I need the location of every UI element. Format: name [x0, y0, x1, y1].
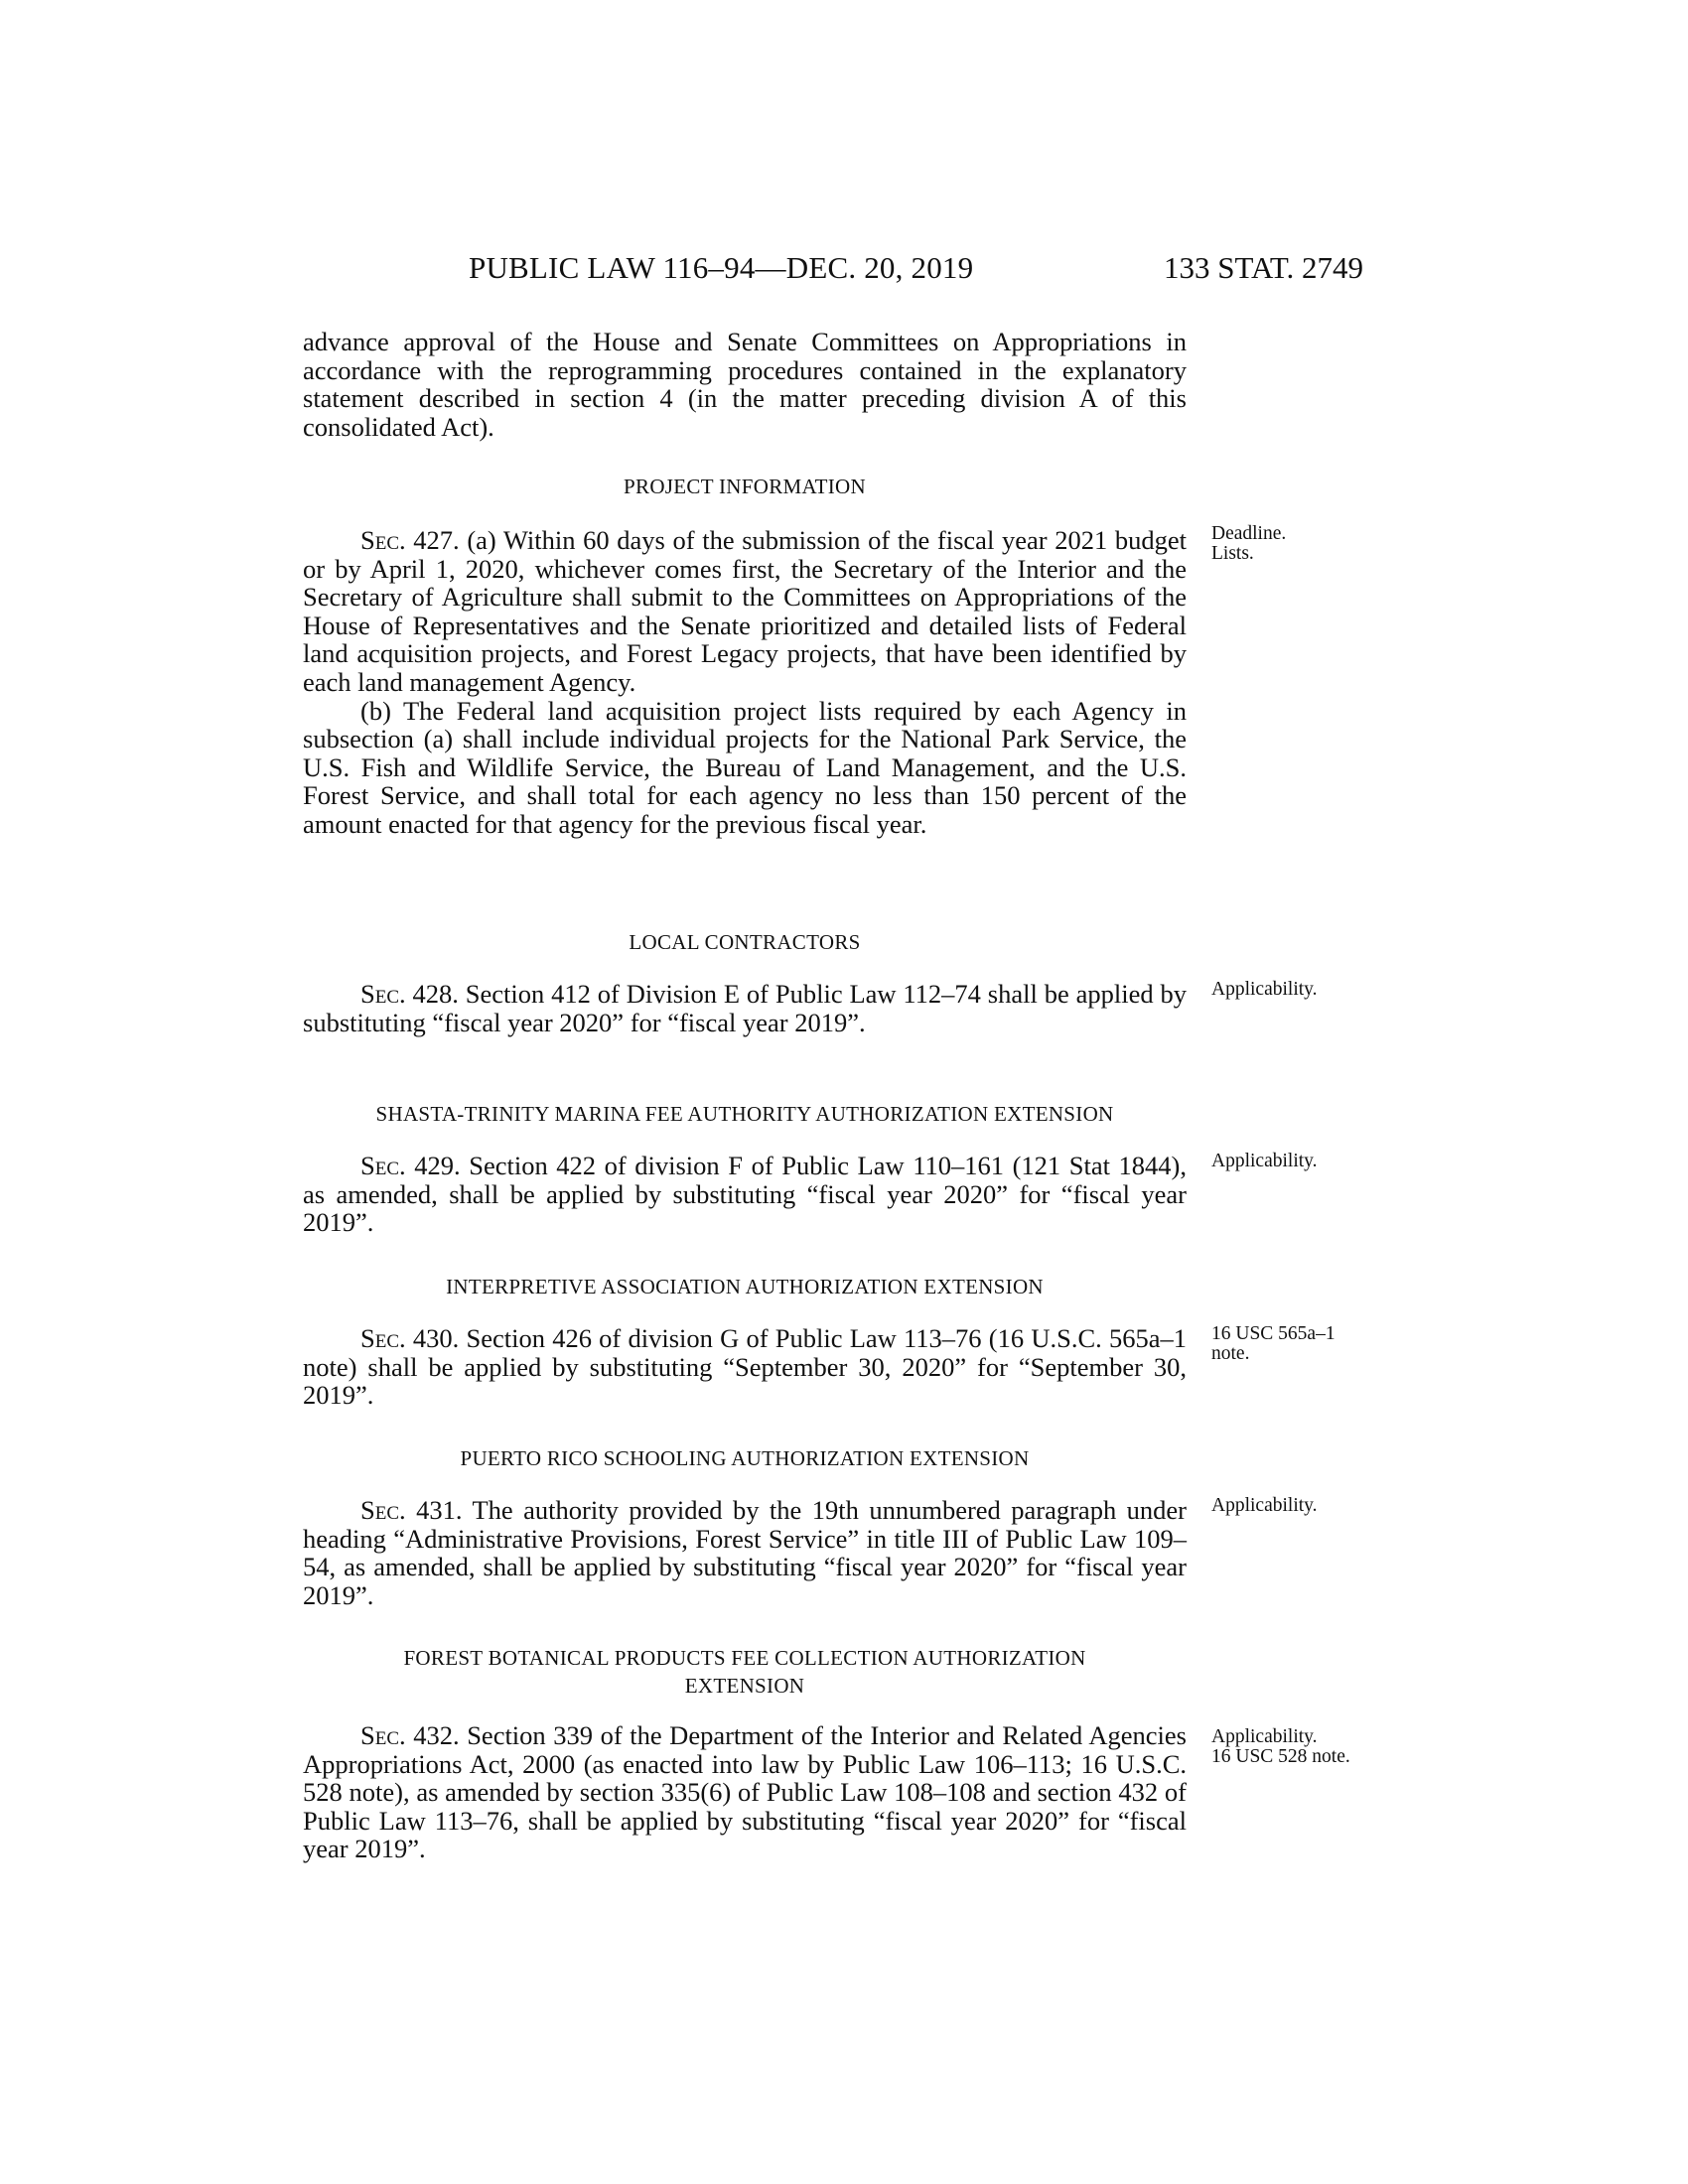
margin-note-line: Applicability. — [1211, 1496, 1318, 1516]
margin-note: Applicability. — [1211, 1496, 1318, 1516]
section-paragraph: Sec. 427. (a) Within 60 days of the subm… — [303, 526, 1187, 697]
section-428: LOCAL CONTRACTORS Sec. 428. Section 412 … — [303, 928, 1187, 1036]
section-heading: LOCAL CONTRACTORS — [303, 928, 1187, 956]
section-431: PUERTO RICO SCHOOLING AUTHORIZATION EXTE… — [303, 1444, 1187, 1609]
margin-note-line: Applicability. — [1211, 980, 1318, 1000]
section-heading: PUERTO RICO SCHOOLING AUTHORIZATION EXTE… — [303, 1444, 1187, 1472]
margin-note: 16 USC 565a–1 note. — [1211, 1324, 1336, 1364]
intro-paragraph-block: advance approval of the House and Senate… — [303, 328, 1187, 441]
section-427: PROJECT INFORMATION Sec. 427. (a) Within… — [303, 473, 1187, 839]
section-paragraph: Sec. 430. Section 426 of division G of P… — [303, 1324, 1187, 1410]
section-label: Sec. 427. — [360, 525, 460, 555]
section-label: Sec. 431. — [360, 1495, 462, 1525]
section-432: FOREST BOTANICAL PRODUCTS FEE COLLECTION… — [303, 1644, 1187, 1863]
section-paragraph: Sec. 431. The authority provided by the … — [303, 1496, 1187, 1609]
section-paragraph: Sec. 432. Section 339 of the Department … — [303, 1721, 1187, 1863]
section-heading: INTERPRETIVE ASSOCIATION AUTHORIZATION E… — [303, 1273, 1187, 1300]
margin-note-line: note. — [1211, 1344, 1336, 1364]
law-title: PUBLIC LAW 116–94—DEC. 20, 2019 — [469, 250, 973, 286]
margin-note: Applicability. — [1211, 1152, 1318, 1171]
margin-note-line: Applicability. — [1211, 1152, 1318, 1171]
section-paragraph: Sec. 428. Section 412 of Division E of P… — [303, 980, 1187, 1036]
section-label: Sec. 430. — [360, 1323, 459, 1353]
margin-note-line: Applicability. — [1211, 1727, 1350, 1747]
section-label: Sec. 428. — [360, 979, 459, 1009]
margin-note-line: Deadline. — [1211, 524, 1286, 544]
section-heading: PROJECT INFORMATION — [303, 473, 1187, 500]
section-429: SHASTA-TRINITY MARINA FEE AUTHORITY AUTH… — [303, 1100, 1187, 1237]
section-paragraph: (b) The Federal land acquisition project… — [303, 697, 1187, 839]
section-label: Sec. 432. — [360, 1720, 460, 1750]
section-heading: SHASTA-TRINITY MARINA FEE AUTHORITY AUTH… — [303, 1100, 1187, 1128]
section-label: Sec. 429. — [360, 1151, 461, 1180]
margin-note-line: 16 USC 565a–1 — [1211, 1324, 1336, 1344]
margin-note-line: 16 USC 528 note. — [1211, 1747, 1350, 1767]
margin-note: Deadline. Lists. — [1211, 524, 1286, 564]
section-heading: FOREST BOTANICAL PRODUCTS FEE COLLECTION… — [303, 1644, 1187, 1700]
margin-note: Applicability. 16 USC 528 note. — [1211, 1727, 1350, 1767]
page-number: 133 STAT. 2749 — [1164, 250, 1363, 286]
intro-paragraph: advance approval of the House and Senate… — [303, 328, 1187, 441]
margin-note-line: Lists. — [1211, 544, 1286, 564]
section-paragraph: Sec. 429. Section 422 of division F of P… — [303, 1152, 1187, 1237]
section-430: INTERPRETIVE ASSOCIATION AUTHORIZATION E… — [303, 1273, 1187, 1410]
page-header: PUBLIC LAW 116–94—DEC. 20, 2019 133 STAT… — [0, 250, 1688, 290]
margin-note: Applicability. — [1211, 980, 1318, 1000]
